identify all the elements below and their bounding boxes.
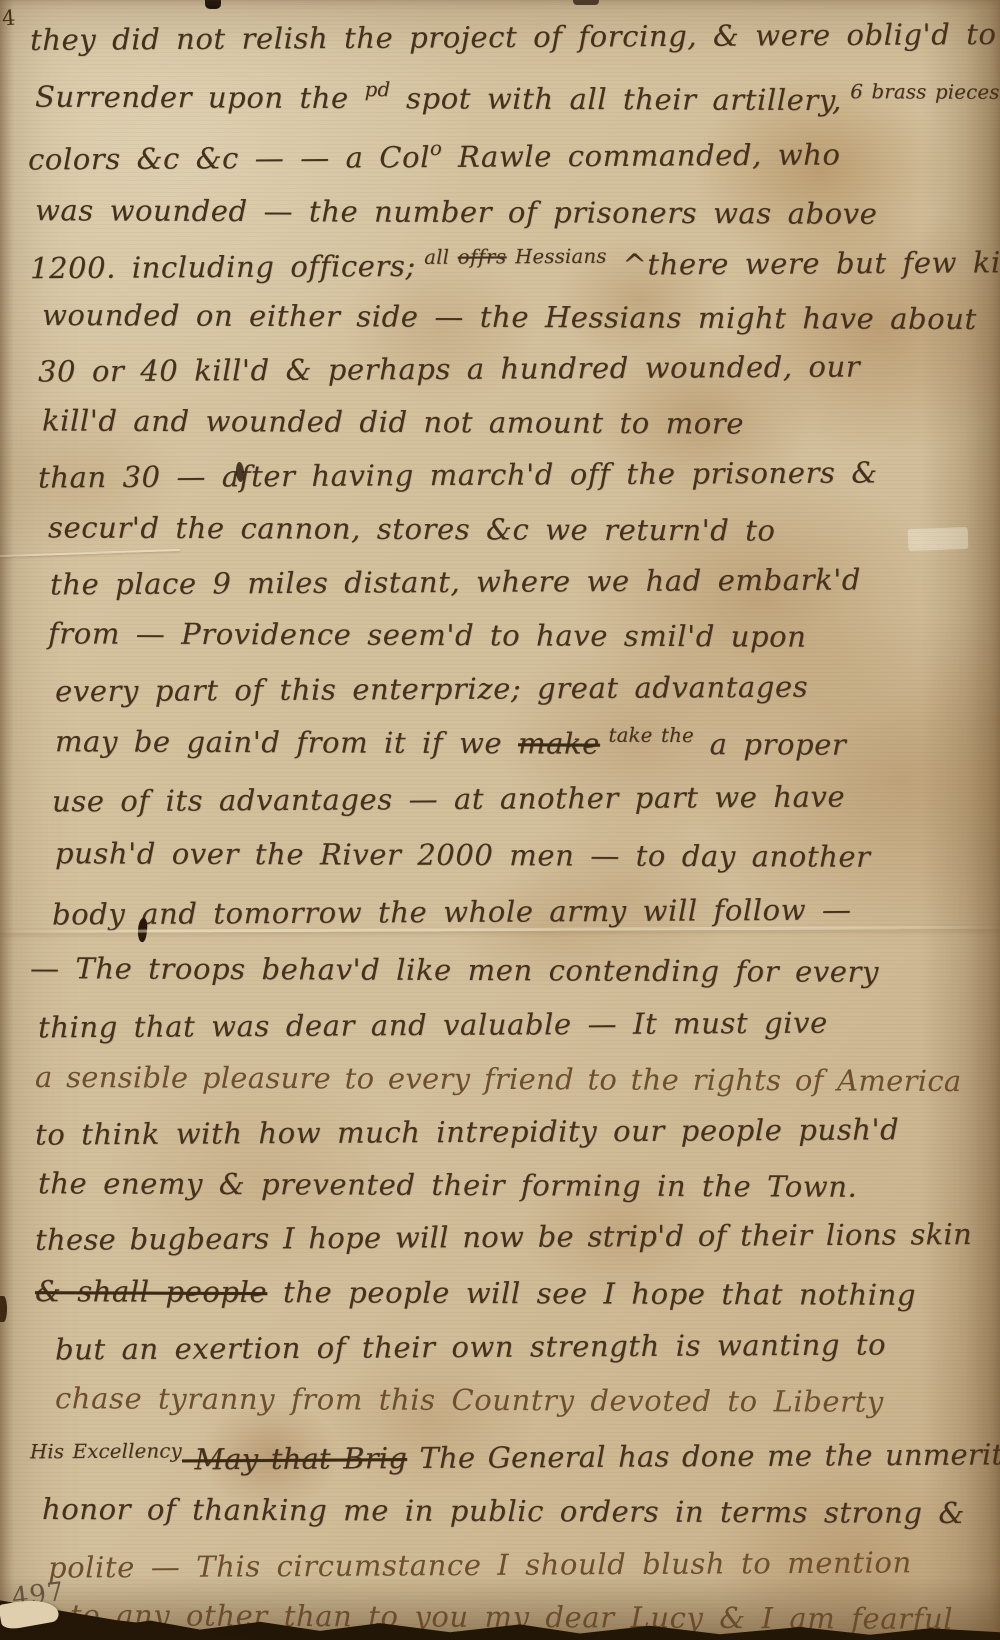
manuscript-line: a sensible pleasure to every friend to t… bbox=[35, 1060, 962, 1098]
line-text: colors &c &c — — a Col bbox=[28, 140, 430, 176]
struck-out-text: May that Brig bbox=[182, 1441, 407, 1476]
manuscript-line: colors &c &c — — a Colo Rawle commanded,… bbox=[28, 138, 841, 177]
manuscript-line: from — Providence seem'd to have smil'd … bbox=[48, 616, 807, 653]
interline-insertion: take the bbox=[600, 723, 694, 746]
manuscript-line: chase tyranny from this Country devoted … bbox=[55, 1381, 884, 1419]
line-text: polite — This circumstance I should blus… bbox=[48, 1545, 912, 1584]
manuscript-line: but an exertion of their own strength is… bbox=[55, 1327, 886, 1366]
line-text: these bugbears I hope will now be strip'… bbox=[35, 1217, 972, 1257]
line-text: honor of thanking me in public orders in… bbox=[42, 1492, 965, 1530]
manuscript-line: these bugbears I hope will now be strip'… bbox=[35, 1217, 972, 1257]
manuscript-line: the enemy & prevented their forming in t… bbox=[38, 1166, 857, 1204]
top-edge-ink-mark-2 bbox=[573, 0, 599, 5]
handwriting-layer: they did not relish the project of forci… bbox=[0, 0, 1000, 1640]
line-text: spot with all their artillery, bbox=[390, 81, 842, 117]
line-text: than 30 — after having march'd off the p… bbox=[38, 455, 878, 494]
interline-insertion: 6 brass pieces bbox=[842, 80, 1000, 104]
line-text: the place 9 miles distant, where we had … bbox=[50, 563, 861, 602]
struck-out-text: make bbox=[518, 726, 600, 760]
interline-insertion: o bbox=[430, 137, 442, 160]
line-text: wounded on either side — the Hessians mi… bbox=[42, 298, 977, 336]
manuscript-line: every part of this enterprize; great adv… bbox=[55, 670, 808, 709]
line-text: the enemy & prevented their forming in t… bbox=[38, 1166, 857, 1204]
line-text: ^there were but few kill'd or bbox=[607, 245, 1000, 282]
interline-insertion: pd bbox=[365, 78, 391, 101]
left-edge-tear bbox=[0, 1296, 7, 1322]
line-text: Rawle commanded, who bbox=[442, 138, 841, 174]
interline-insertion: all bbox=[416, 245, 458, 268]
manuscript-line: — The troops behav'd like men contending… bbox=[30, 951, 879, 989]
manuscript-line: polite — This circumstance I should blus… bbox=[48, 1545, 912, 1584]
manuscript-line: the place 9 miles distant, where we had … bbox=[50, 563, 861, 602]
line-text: 30 or 40 kill'd & perhaps a hundred woun… bbox=[38, 349, 860, 388]
line-text: the people will see I hope that nothing bbox=[267, 1275, 916, 1312]
line-text: body and tomorrow the whole army will fo… bbox=[52, 893, 852, 932]
manuscript-line: body and tomorrow the whole army will fo… bbox=[52, 893, 852, 932]
manuscript-line: His Excellency May that Brig The General… bbox=[30, 1437, 1000, 1478]
line-text: push'd over the River 2000 men — to day … bbox=[55, 836, 871, 874]
line-text: every part of this enterprize; great adv… bbox=[55, 670, 808, 709]
manuscript-line: they did not relish the project of forci… bbox=[30, 17, 997, 57]
struck-out-text: offrs bbox=[458, 245, 507, 268]
manuscript-line: & shall people the people will see I hop… bbox=[35, 1274, 916, 1312]
line-text: The General has done me the unmerited gr… bbox=[407, 1437, 1000, 1475]
interline-insertion: His Excellency bbox=[30, 1439, 182, 1463]
manuscript-line: to think with how much intrepidity our p… bbox=[35, 1112, 899, 1151]
line-text: was wounded — the number of prisoners wa… bbox=[35, 193, 878, 231]
line-text: a proper bbox=[694, 727, 847, 762]
line-text: 1200. including officers; bbox=[30, 249, 416, 285]
manuscript-line: than 30 — after having march'd off the p… bbox=[38, 455, 878, 494]
manuscript-line: wounded on either side — the Hessians mi… bbox=[42, 298, 977, 336]
line-text: to think with how much intrepidity our p… bbox=[35, 1112, 899, 1151]
manuscript-line: was wounded — the number of prisoners wa… bbox=[35, 193, 878, 231]
manuscript-line: Surrender upon the pd spot with all thei… bbox=[35, 80, 1000, 119]
line-text: secur'd the cannon, stores &c we return'… bbox=[48, 510, 776, 547]
top-edge-ink-mark bbox=[205, 0, 221, 9]
line-text: they did not relish the project of forci… bbox=[30, 17, 997, 57]
manuscript-line: 1200. including officers; all offrs Hess… bbox=[30, 245, 1000, 286]
manuscript-line: thing that was dear and valuable — It mu… bbox=[38, 1006, 828, 1045]
line-text: a sensible pleasure to every friend to t… bbox=[35, 1060, 962, 1098]
line-text: kill'd and wounded did not amount to mor… bbox=[42, 403, 744, 440]
line-text: may be gain'd from it if we bbox=[55, 724, 518, 760]
interline-insertion: Hessians bbox=[507, 245, 607, 269]
page-number: 4 bbox=[1, 6, 16, 31]
line-text: but an exertion of their own strength is… bbox=[55, 1327, 886, 1366]
line-text: chase tyranny from this Country devoted … bbox=[55, 1381, 884, 1419]
manuscript-line: use of its advantages — at another part … bbox=[52, 780, 845, 819]
line-text: — The troops behav'd like men contending… bbox=[30, 951, 879, 989]
manuscript-line: honor of thanking me in public orders in… bbox=[42, 1492, 965, 1530]
repair-tape-patch bbox=[908, 527, 969, 551]
manuscript-line: push'd over the River 2000 men — to day … bbox=[55, 836, 871, 874]
manuscript-line: secur'd the cannon, stores &c we return'… bbox=[48, 510, 776, 547]
manuscript-line: may be gain'd from it if we make take th… bbox=[55, 724, 847, 761]
line-text: Surrender upon the bbox=[35, 80, 365, 115]
manuscript-line: kill'd and wounded did not amount to mor… bbox=[42, 403, 744, 440]
struck-out-text: & shall people bbox=[35, 1274, 267, 1309]
line-text: use of its advantages — at another part … bbox=[52, 780, 845, 819]
line-text: thing that was dear and valuable — It mu… bbox=[38, 1006, 828, 1045]
line-text: from — Providence seem'd to have smil'd … bbox=[48, 616, 807, 653]
manuscript-page: 4 497 they did not relish the project of… bbox=[0, 0, 1000, 1640]
manuscript-line: 30 or 40 kill'd & perhaps a hundred woun… bbox=[38, 349, 860, 388]
